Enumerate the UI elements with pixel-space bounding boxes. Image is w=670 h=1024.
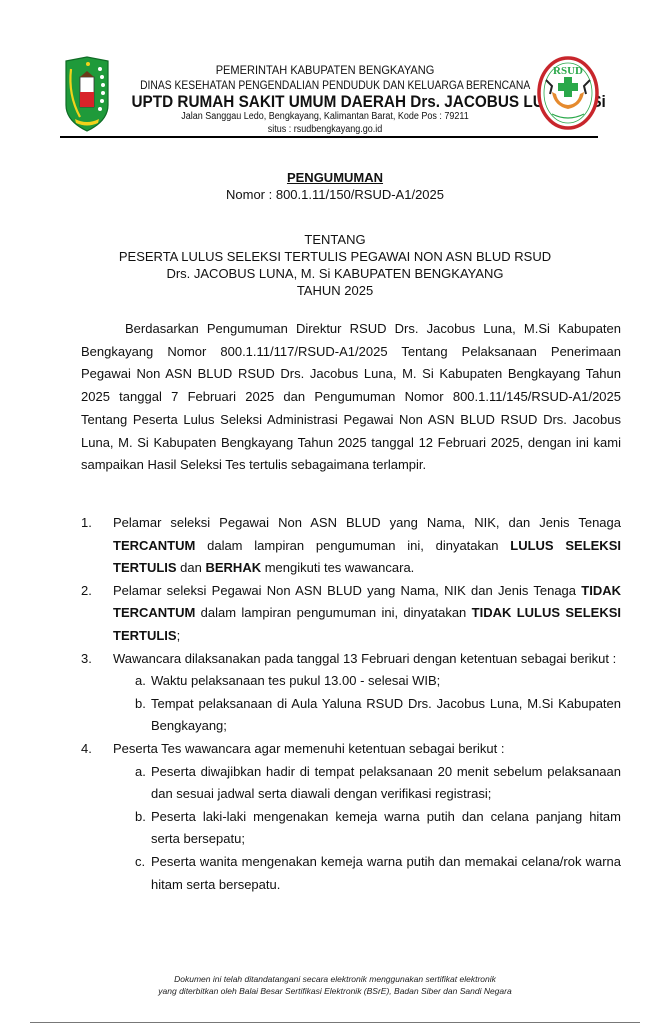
sub-list-letter: c. <box>135 851 145 874</box>
sub-list-letter: b. <box>135 693 146 716</box>
document-number: Nomor : 800.1.11/150/RSUD-A1/2025 <box>0 187 670 202</box>
subject-line-3: TAHUN 2025 <box>0 283 670 298</box>
list-item-number: 3. <box>81 648 92 671</box>
sub-list-item: b.Tempat pelaksanaan di Aula Yaluna RSUD… <box>81 693 621 738</box>
intro-paragraph: Berdasarkan Pengumuman Direktur RSUD Drs… <box>81 318 621 477</box>
list-item-text: Peserta Tes wawancara agar memenuhi kete… <box>113 738 621 761</box>
list-item: 2.Pelamar seleksi Pegawai Non ASN BLUD y… <box>81 580 621 648</box>
emphasis-text: BERHAK <box>205 560 261 575</box>
sub-list-text: Peserta laki-laki mengenakan kemeja warn… <box>151 806 621 851</box>
subject-line-2: Drs. JACOBUS LUNA, M. Si KABUPATEN BENGK… <box>0 266 670 281</box>
list-item-text: Wawancara dilaksanakan pada tanggal 13 F… <box>113 648 621 671</box>
letterhead-divider <box>60 136 598 138</box>
emphasis-text: TERCANTUM <box>113 538 195 553</box>
subject-line-1: PESERTA LULUS SELEKSI TERTULIS PEGAWAI N… <box>0 249 670 264</box>
e-signature-line-2: yang diterbitkan oleh Balai Besar Sertif… <box>0 985 670 997</box>
letterhead-website: situs : rsudbengkayang.go.id <box>132 124 519 135</box>
rsud-logo: RSUD <box>536 54 600 132</box>
sub-list-item: a.Waktu pelaksanaan tes pukul 13.00 - se… <box>81 670 621 693</box>
kabupaten-emblem-logo <box>62 55 112 133</box>
svg-text:RSUD: RSUD <box>553 65 583 77</box>
sub-list-text: Peserta wanita mengenakan kemeja warna p… <box>151 851 621 896</box>
list-item: 3.Wawancara dilaksanakan pada tanggal 13… <box>81 648 621 671</box>
sub-list-text: Peserta diwajibkan hadir di tempat pelak… <box>151 761 621 806</box>
sub-list-text: Waktu pelaksanaan tes pukul 13.00 - sele… <box>151 670 621 693</box>
sub-list-letter: a. <box>135 761 146 784</box>
text-run: Pelamar seleksi Pegawai Non ASN BLUD yan… <box>113 583 581 598</box>
list-item-number: 2. <box>81 580 92 603</box>
document-title: PENGUMUMAN <box>0 170 670 185</box>
footer-divider <box>30 1022 640 1023</box>
announcement-list: 1.Pelamar seleksi Pegawai Non ASN BLUD y… <box>81 512 621 896</box>
list-item: 4.Peserta Tes wawancara agar memenuhi ke… <box>81 738 621 761</box>
letterhead-department: DINAS KESEHATAN PENGENDALIAN PENDUDUK DA… <box>140 78 510 92</box>
letterhead-address: Jalan Sanggau Ledo, Bengkayang, Kalimant… <box>132 111 519 122</box>
text-run: dalam lampiran pengumuman ini, dinyataka… <box>195 605 471 620</box>
list-item-number: 4. <box>81 738 92 761</box>
text-run: dalam lampiran pengumuman ini, dinyataka… <box>195 538 510 553</box>
sub-list-item: a.Peserta diwajibkan hadir di tempat pel… <box>81 761 621 806</box>
text-run: dan <box>177 560 206 575</box>
subject-label: TENTANG <box>0 232 670 247</box>
intro-paragraph-text: Berdasarkan Pengumuman Direktur RSUD Drs… <box>81 321 621 472</box>
sub-list-item: b.Peserta laki-laki mengenakan kemeja wa… <box>81 806 621 851</box>
letterhead-government: PEMERINTAH KABUPATEN BENGKAYANG <box>127 63 523 77</box>
text-run: ; <box>177 628 181 643</box>
letterhead-hospital-name: UPTD RUMAH SAKIT UMUM DAERAH Drs. JACOBU… <box>132 92 519 112</box>
sub-list-letter: b. <box>135 806 146 829</box>
e-signature-line-1: Dokumen ini telah ditandatangani secara … <box>0 973 670 985</box>
list-item-text: Pelamar seleksi Pegawai Non ASN BLUD yan… <box>113 580 621 648</box>
sub-list-letter: a. <box>135 670 146 693</box>
e-signature-notice: Dokumen ini telah ditandatangani secara … <box>0 973 670 997</box>
sub-list-text: Tempat pelaksanaan di Aula Yaluna RSUD D… <box>151 693 621 738</box>
text-run: Pelamar seleksi Pegawai Non ASN BLUD yan… <box>113 515 621 530</box>
list-item-text: Pelamar seleksi Pegawai Non ASN BLUD yan… <box>113 512 621 580</box>
sub-list-item: c.Peserta wanita mengenakan kemeja warna… <box>81 851 621 896</box>
text-run: mengikuti tes wawancara. <box>261 560 414 575</box>
list-item-number: 1. <box>81 512 92 535</box>
list-item: 1.Pelamar seleksi Pegawai Non ASN BLUD y… <box>81 512 621 580</box>
